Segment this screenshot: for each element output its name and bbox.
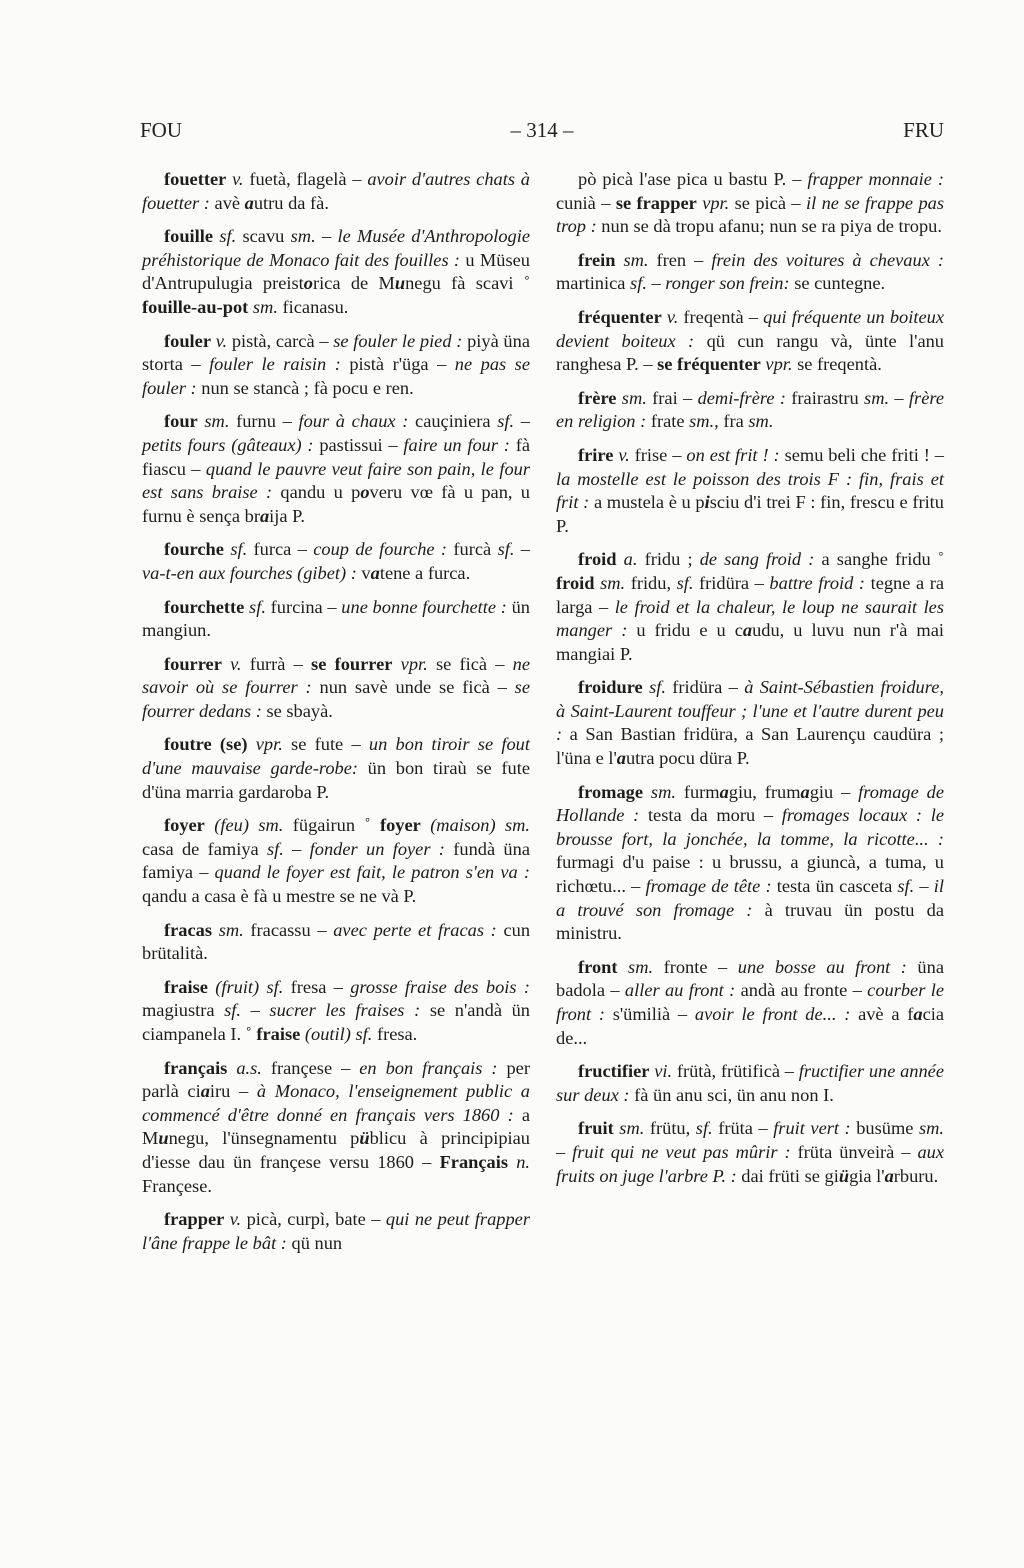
entry-text: (feu) sm. bbox=[214, 815, 283, 835]
entry-text: frein des voitures à chevaux : bbox=[711, 250, 944, 270]
entry-text: battre froid : bbox=[769, 573, 865, 593]
entry-text: se frapper bbox=[616, 193, 697, 213]
entry-text: fuetà, flagelà – bbox=[244, 169, 368, 189]
entry-text: u bbox=[395, 273, 405, 293]
entry-text: une bosse au front : bbox=[738, 957, 907, 977]
entry-text: avè bbox=[210, 193, 245, 213]
entry-text: sm. bbox=[291, 226, 316, 246]
entry-text: u bbox=[158, 1128, 168, 1148]
entry-text: frairastru bbox=[786, 388, 864, 408]
entry-text: v. bbox=[618, 445, 629, 465]
entry-text: fügairun ˚ bbox=[283, 815, 380, 835]
dictionary-entry: français a.s. françese – en bon fran­çai… bbox=[142, 1057, 530, 1199]
headword: fraise bbox=[164, 977, 208, 997]
entry-text: sf. bbox=[677, 573, 694, 593]
entry-text bbox=[643, 782, 651, 802]
entry-text: sf. bbox=[249, 597, 266, 617]
headword: fouler bbox=[164, 331, 211, 351]
entry-text: dai früti se gi bbox=[737, 1166, 839, 1186]
entry-text: a bbox=[885, 1166, 894, 1186]
headword: fouille bbox=[164, 226, 213, 246]
entry-text: Français bbox=[440, 1152, 508, 1172]
entry-text: giu, frum bbox=[729, 782, 801, 802]
entry-text: a bbox=[801, 782, 810, 802]
entry-text: scavu bbox=[236, 226, 290, 246]
dictionary-entry: four sm. furnu – four à chaux : cauçi­ni… bbox=[142, 410, 530, 528]
entry-text: qandu a casa è fà u mestre se ne và P. bbox=[142, 886, 416, 906]
entry-text: sf. bbox=[219, 226, 236, 246]
entry-text: v. bbox=[232, 169, 243, 189]
entry-text: vpr. bbox=[256, 734, 283, 754]
entry-text: magiustra bbox=[142, 1000, 224, 1020]
entry-text: a mustela è u p bbox=[589, 492, 704, 512]
entry-text: faire un four : bbox=[403, 435, 510, 455]
entry-text: foyer bbox=[380, 815, 421, 835]
entry-text: picà, curpì, bate – bbox=[241, 1209, 386, 1229]
entry-text: sm. bbox=[622, 388, 647, 408]
entry-text bbox=[205, 815, 214, 835]
entry-text: furcà bbox=[447, 539, 498, 559]
right-column: pò picà l'ase pica u bastu P. – frapper … bbox=[556, 168, 944, 1198]
entry-text: semu beli che friti ! – bbox=[780, 445, 944, 465]
dictionary-entry: fouetter v. fuetà, flagelà – avoir d'au­… bbox=[142, 168, 530, 215]
entry-text: ü bbox=[359, 1128, 369, 1148]
entry-text: demi-frère : bbox=[698, 388, 786, 408]
entry-text: four à chaux : bbox=[298, 411, 408, 431]
dictionary-entry: fourchette sf. furcina – une bonne fourc… bbox=[142, 596, 530, 643]
entry-text: coup de fourche : bbox=[313, 539, 447, 559]
page-number: – 314 – bbox=[140, 118, 944, 143]
entry-text: froid bbox=[556, 573, 595, 593]
headword: foyer bbox=[164, 815, 205, 835]
entry-text bbox=[421, 815, 430, 835]
entry-text: françese – bbox=[262, 1058, 359, 1078]
entry-text: pistà r'üga – bbox=[341, 354, 455, 374]
headword: froid bbox=[578, 549, 617, 569]
entry-text: a bbox=[245, 193, 254, 213]
entry-text: sm. bbox=[204, 411, 229, 431]
dictionary-entry: fructifier vi. frütà, frütificà – fructi… bbox=[556, 1060, 944, 1107]
dictionary-entry: fourrer v. furrà – se fourrer vpr. se fi… bbox=[142, 653, 530, 724]
dictionary-entry: froid a. fridu ; de sang froid : a sangh… bbox=[556, 548, 944, 666]
entry-text: sf. bbox=[230, 539, 247, 559]
entry-text: sf. – ronger son frein: bbox=[630, 273, 790, 293]
entry-text: fromage de tête : bbox=[645, 876, 771, 896]
entry-text: (fruit) sf. bbox=[215, 977, 283, 997]
entry-text: n. bbox=[516, 1152, 530, 1172]
headword: frire bbox=[578, 445, 613, 465]
entry-text: utru da fà. bbox=[254, 193, 329, 213]
entry-text: v bbox=[357, 563, 371, 583]
headword: fréquenter bbox=[578, 307, 662, 327]
entry-text: Françese. bbox=[142, 1176, 212, 1196]
headword: fromage bbox=[578, 782, 643, 802]
entry-text: en bon fran­çais : bbox=[359, 1058, 497, 1078]
entry-text: sm. bbox=[689, 411, 714, 431]
headword: frapper bbox=[164, 1209, 224, 1229]
entry-text bbox=[212, 920, 219, 940]
entry-text: a bbox=[201, 1081, 210, 1101]
entry-text: a bbox=[913, 1004, 922, 1024]
entry-text: frise – bbox=[630, 445, 687, 465]
entry-text: a. bbox=[624, 549, 638, 569]
entry-text: qü nun bbox=[287, 1233, 342, 1253]
entry-text: fridüra – bbox=[693, 573, 769, 593]
entry-text: sf. – fonder un foyer : bbox=[267, 839, 445, 859]
headword: fourrer bbox=[164, 654, 222, 674]
right-guide-word: FRU bbox=[903, 118, 944, 143]
entry-text: rica de M bbox=[313, 273, 395, 293]
entry-text: sm. bbox=[628, 957, 653, 977]
entry-text: se fourrer bbox=[311, 654, 392, 674]
entry-text: früta – bbox=[713, 1118, 774, 1138]
entry-text: frai – bbox=[647, 388, 698, 408]
entry-text: o bbox=[304, 273, 313, 293]
entry-text: v. bbox=[216, 331, 227, 351]
entry-text bbox=[508, 1152, 516, 1172]
dictionary-entry: fouler v. pistà, carcà – se fouler le pi… bbox=[142, 330, 530, 401]
entry-text: sm. bbox=[600, 573, 625, 593]
entry-text: se picà – bbox=[729, 193, 806, 213]
entry-text: casa de famiya bbox=[142, 839, 267, 859]
entry-text: (outil) sf. bbox=[305, 1024, 372, 1044]
headword: frein bbox=[578, 250, 615, 270]
entry-text: v. bbox=[230, 654, 241, 674]
page-header: FOU – 314 – FRU bbox=[140, 118, 944, 148]
entry-text: sf. – sucrer les frai­ses : bbox=[224, 1000, 420, 1020]
entry-text bbox=[617, 549, 624, 569]
dictionary-entry: fouille sf. scavu sm. – le Musée d'An­th… bbox=[142, 225, 530, 319]
entry-text: avoir le front de... : bbox=[695, 1004, 850, 1024]
entry-text bbox=[222, 654, 230, 674]
entry-text: andà au fronte – bbox=[735, 980, 867, 1000]
entry-text: a bbox=[720, 782, 729, 802]
entry-text: o bbox=[360, 482, 369, 502]
entry-text: nun se dà tropu afanu; nun se ra piya de… bbox=[597, 216, 942, 236]
dictionary-entry: front sm. fronte – une bosse au front : … bbox=[556, 956, 944, 1050]
entry-text: qandu u p bbox=[272, 482, 360, 502]
entry-text: a bbox=[260, 506, 269, 526]
entry-text: fracassu – bbox=[244, 920, 333, 940]
entry-text: s'ümilià – bbox=[605, 1004, 695, 1024]
entry-text bbox=[227, 1058, 236, 1078]
entry-text: negu fà scavi ˚ bbox=[405, 273, 530, 293]
entry-text: pò picà l'ase pica u bastu P. – bbox=[578, 169, 807, 189]
entry-text: fridu, bbox=[625, 573, 676, 593]
entry-text: vpr. bbox=[765, 354, 792, 374]
left-column: fouetter v. fuetà, flagelà – avoir d'au­… bbox=[142, 168, 530, 1265]
entry-text: sm. bbox=[623, 250, 648, 270]
entry-text: fouler le raisin : bbox=[209, 354, 341, 374]
entry-text: pas­tissui – bbox=[314, 435, 404, 455]
entry-text: pistà, carcà – bbox=[227, 331, 333, 351]
entry-text: a.s. bbox=[236, 1058, 262, 1078]
entry-text: furrà – bbox=[242, 654, 312, 674]
entry-text: r­buru. bbox=[894, 1166, 938, 1186]
dictionary-entry: fracas sm. fracassu – avec perte et frac… bbox=[142, 919, 530, 966]
entry-text: vi. bbox=[654, 1061, 672, 1081]
entry-text: sm. bbox=[219, 920, 244, 940]
headword: français bbox=[164, 1058, 227, 1078]
entry-text: vpr. bbox=[401, 654, 428, 674]
headword: front bbox=[578, 957, 618, 977]
entry-text: sm. bbox=[748, 411, 773, 431]
entry-text: v. bbox=[230, 1209, 241, 1229]
entry-text: se fouler le pied : bbox=[333, 331, 462, 351]
dictionary-entry: frein sm. fren – frein des voitures à ch… bbox=[556, 249, 944, 296]
entry-text: negu, l'ünsegnamentu p bbox=[169, 1128, 360, 1148]
entry-text: fridu ; bbox=[637, 549, 699, 569]
dictionary-entry: fréquenter v. freqentà – qui fréquente u… bbox=[556, 306, 944, 377]
entry-text: – bbox=[316, 226, 338, 246]
headword: foutre (se) bbox=[164, 734, 247, 754]
entry-text: aller au front : bbox=[625, 980, 735, 1000]
entry-text: fren – bbox=[649, 250, 712, 270]
headword: fourchette bbox=[164, 597, 244, 617]
entry-text: fresa – bbox=[283, 977, 350, 997]
dictionary-entry: frapper v. picà, curpì, bate – qui ne pe… bbox=[142, 1208, 530, 1255]
headword: four bbox=[164, 411, 198, 431]
entry-text: fouille-au-pot bbox=[142, 297, 248, 317]
entry-text: nun savè unde se ficà – bbox=[312, 677, 515, 697]
entry-text: utra pocu düra P. bbox=[626, 748, 750, 768]
dictionary-entry: froidure sf. fridüra – à Saint-Sébastien… bbox=[556, 676, 944, 770]
entry-text: iru – bbox=[210, 1081, 257, 1101]
headword: fructifier bbox=[578, 1061, 649, 1081]
entry-text: früta ünveirà – bbox=[791, 1142, 918, 1162]
entry-text: tene a furca. bbox=[380, 563, 470, 583]
entry-text: u fridu e u c bbox=[627, 620, 743, 640]
dictionary-entry: frire v. frise – on est frit ! : semu be… bbox=[556, 444, 944, 538]
dictionary-entry: foyer (feu) sm. fügairun ˚ foyer (mai­so… bbox=[142, 814, 530, 908]
headword: frère bbox=[578, 388, 616, 408]
entry-text: on est frit ! : bbox=[686, 445, 779, 465]
entry-text: avè a f bbox=[850, 1004, 913, 1024]
entry-text: a San Bastian fridüra, a San Laurençu ca… bbox=[556, 724, 944, 768]
entry-text: cunià – bbox=[556, 193, 616, 213]
entry-text: avec perte et fracas : bbox=[333, 920, 497, 940]
dictionary-entry: frère sm. frai – demi-frère : frairastru… bbox=[556, 387, 944, 434]
entry-text: se ficà – bbox=[428, 654, 513, 674]
entry-text: se fute – bbox=[283, 734, 369, 754]
headword: fouetter bbox=[164, 169, 226, 189]
entry-text: freqentà – bbox=[678, 307, 763, 327]
entry-text: sf. bbox=[649, 677, 666, 697]
entry-text: fridüra – bbox=[666, 677, 744, 697]
entry-text: ficanasu. bbox=[278, 297, 348, 317]
entry-text bbox=[618, 957, 629, 977]
entry-text: a bbox=[617, 748, 626, 768]
entry-text: (mai­son) sm. bbox=[430, 815, 530, 835]
headword: fracas bbox=[164, 920, 212, 940]
entry-text: busüme bbox=[851, 1118, 919, 1138]
entry-text: vpr. bbox=[702, 193, 729, 213]
entry-text bbox=[392, 654, 400, 674]
entry-text: grosse fraise des bois : bbox=[350, 977, 530, 997]
entry-text: , fra bbox=[714, 411, 748, 431]
entry-text: a bbox=[743, 620, 752, 640]
entry-text: se sbayà. bbox=[262, 701, 333, 721]
entry-text: testa ün casceta bbox=[772, 876, 898, 896]
entry-text: se cuntegne. bbox=[790, 273, 886, 293]
entry-text: furm bbox=[676, 782, 720, 802]
entry-text: de sang froid : bbox=[700, 549, 815, 569]
entry-text: fruit vert : bbox=[773, 1118, 850, 1138]
entry-text: sf. bbox=[696, 1118, 713, 1138]
dictionary-entry: foutre (se) vpr. se fute – un bon tiroir… bbox=[142, 733, 530, 804]
dictionary-entry: fraise (fruit) sf. fresa – grosse fraise… bbox=[142, 976, 530, 1047]
entry-text: giu – bbox=[810, 782, 858, 802]
dictionary-entry: fromage sm. furmagiu, frumagiu – fromage… bbox=[556, 781, 944, 946]
entry-text bbox=[247, 734, 255, 754]
entry-text: furcina – bbox=[266, 597, 341, 617]
entry-text: fà ün anu sci, ün anu non I. bbox=[630, 1085, 834, 1105]
entry-text: martinica bbox=[556, 273, 630, 293]
entry-text: se freqentà. bbox=[793, 354, 882, 374]
entry-text: ü bbox=[839, 1166, 849, 1186]
entry-text: sm. bbox=[253, 297, 278, 317]
entry-text: quand le foyer est fait, le patron s'en … bbox=[215, 862, 530, 882]
entry-text: frütu, bbox=[644, 1118, 695, 1138]
entry-text: nun se stancà ; fà pocu e ren. bbox=[197, 378, 414, 398]
entry-text: fronte – bbox=[653, 957, 738, 977]
entry-text: sm. bbox=[619, 1118, 644, 1138]
dictionary-entry: fruit sm. frütu, sf. früta – fruit vert … bbox=[556, 1117, 944, 1188]
entry-text: se fréquenter bbox=[657, 354, 761, 374]
entry-text: ija P. bbox=[269, 506, 305, 526]
entry-text: v. bbox=[667, 307, 678, 327]
entry-text: gia l' bbox=[849, 1166, 885, 1186]
headword: froidure bbox=[578, 677, 643, 697]
entry-text: frate bbox=[646, 411, 689, 431]
entry-text: testa da moru – bbox=[639, 805, 782, 825]
entry-text: a sanghe fridu ˚ bbox=[814, 549, 944, 569]
entry-text: cauçi­niera bbox=[408, 411, 497, 431]
entry-text: frapper monnaie : bbox=[807, 169, 944, 189]
entry-text: une bonne fourchette : bbox=[341, 597, 507, 617]
entry-text: frütà, frütificà – bbox=[672, 1061, 799, 1081]
headword: fourche bbox=[164, 539, 224, 559]
entry-text: a bbox=[371, 563, 380, 583]
entry-text: fraise bbox=[256, 1024, 300, 1044]
entry-text: furca – bbox=[247, 539, 313, 559]
entry-text: sm. bbox=[651, 782, 676, 802]
entry-text: fresa. bbox=[372, 1024, 417, 1044]
dictionary-entry: fourche sf. furca – coup de fourche : fu… bbox=[142, 538, 530, 585]
dictionary-entry: pò picà l'ase pica u bastu P. – frapper … bbox=[556, 168, 944, 239]
entry-text: furnu – bbox=[229, 411, 298, 431]
headword: fruit bbox=[578, 1118, 614, 1138]
